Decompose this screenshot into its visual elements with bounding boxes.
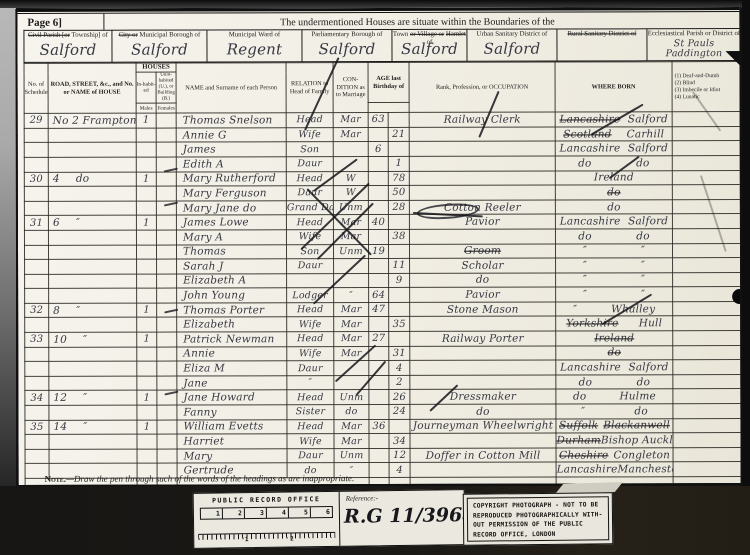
cell-age-male	[369, 317, 389, 332]
cell-relation: ″	[287, 375, 334, 390]
cell-road	[49, 361, 137, 376]
cell-age-female: 9	[389, 273, 410, 288]
cell-uninhabited	[157, 434, 177, 449]
col-inhabited: In-habit-ed	[136, 72, 156, 103]
cell-name: Jane	[177, 376, 287, 391]
cell-road	[49, 274, 137, 289]
col-condition: CON-DITION as to Marriage	[333, 63, 368, 113]
census-table: No. of Schedule ROAD, STREET, &c., and N…	[24, 61, 743, 487]
pro-office-label: PUBLIC RECORD OFFICE	[194, 495, 339, 505]
cell-occupation: Groom	[410, 244, 556, 259]
header-boxes: Civil Parish [or Township] ofSalfordCity…	[23, 28, 741, 63]
cell-age-female: 4	[389, 463, 410, 478]
cell-road: 10 ″	[49, 332, 137, 347]
cell-inhabited	[137, 376, 157, 391]
header-box-label: Parliamentary Borough of	[302, 30, 391, 40]
cell-disability	[673, 243, 743, 258]
cell-condition: ″	[334, 288, 369, 303]
cell-where-born: do	[555, 185, 672, 200]
cell-disability	[673, 258, 743, 273]
cell-occupation	[409, 229, 555, 244]
cell-schedule: 30	[24, 172, 48, 187]
cell-age-female: 31	[389, 346, 410, 361]
cell-age-male	[369, 273, 389, 288]
cell-road	[49, 449, 137, 464]
cell-age-female: 28	[388, 200, 409, 215]
cell-age-female	[388, 215, 409, 230]
cell-relation: Wife	[287, 434, 334, 449]
cell-road	[48, 230, 136, 245]
title-row: Page 6] The undermentioned Houses are si…	[17, 12, 739, 30]
col-uninhabited: Unin-habited (U.), or Building (B.)	[156, 72, 176, 103]
cell-age-male: 40	[368, 215, 388, 230]
reference-number: R.G 11/3968.	[344, 504, 482, 528]
page-box-divider	[103, 14, 104, 30]
cell-age-female	[389, 419, 410, 434]
cell-age-female: 1	[388, 156, 409, 171]
cell-occupation	[410, 346, 556, 361]
cell-road	[49, 376, 137, 391]
ruler-label: 2	[290, 535, 294, 542]
col-born: WHERE BORN	[555, 62, 672, 112]
header-box: Civil Parish [or Township] ofSalford	[23, 30, 111, 63]
cell-age-female: 35	[389, 317, 410, 332]
cell-inhabited	[136, 157, 156, 172]
cell-age-male: 64	[369, 288, 389, 303]
pro-scale-section: PUBLIC RECORD OFFICE 123456 1 2	[194, 492, 341, 548]
cell-road	[48, 157, 136, 172]
cell-road	[48, 128, 136, 143]
form-title: The undermentioned Houses are situate wi…	[137, 16, 697, 28]
cell-relation: Head	[287, 390, 334, 405]
col-females: Females	[156, 103, 176, 113]
cell-inhabited	[136, 142, 156, 157]
cell-age-male	[368, 186, 388, 201]
header-box: Parliamentary Borough ofSalford	[301, 29, 391, 62]
header-box: Municipal Ward ofRegent	[206, 29, 301, 62]
cell-occupation	[410, 317, 556, 332]
cell-condition: Unm	[334, 448, 369, 463]
cell-name: Mary Ferguson	[176, 186, 286, 201]
cell-where-born: LancashireManchester	[556, 462, 673, 477]
header-box-label: Civil Parish [or Township] of	[24, 31, 111, 41]
cell-condition: Unm	[334, 390, 369, 405]
cell-age-female	[389, 331, 410, 346]
cell-age-male: 63	[368, 113, 388, 128]
cell-uninhabited	[157, 405, 177, 420]
cell-occupation	[409, 185, 555, 200]
cell-relation: Daur	[287, 361, 334, 376]
cell-inhabited: 1	[137, 332, 157, 347]
cell-age-female: 4	[389, 361, 410, 376]
cell-name: William Evetts	[177, 419, 287, 434]
header-box-value: Salford	[112, 40, 206, 58]
cell-inhabited	[137, 318, 157, 333]
disability-line: (4) Lunatic	[675, 94, 742, 101]
cell-uninhabited	[157, 420, 177, 435]
cell-disability	[673, 389, 743, 404]
cell-disability	[673, 360, 743, 375]
cell-where-born: dodo	[556, 375, 673, 390]
cell-name: Elizabeth	[177, 317, 287, 332]
cell-age-male: 19	[369, 244, 389, 259]
cell-age-female	[389, 302, 410, 317]
cell-schedule: 29	[24, 114, 48, 129]
cell-age-male	[369, 390, 389, 405]
cell-uninhabited	[157, 361, 177, 376]
header-box: Rural Sanitary District of	[556, 28, 646, 61]
col-relation: RELATION to Head of Family	[286, 63, 333, 113]
cell-condition	[333, 142, 368, 157]
cell-schedule	[24, 143, 48, 158]
cell-where-born: dodo	[555, 156, 672, 171]
cell-road	[48, 201, 136, 216]
cell-occupation: Doffer in Cotton Mill	[410, 448, 556, 463]
cell-age-female: 26	[389, 390, 410, 405]
cell-disability	[673, 447, 743, 462]
col-schedule: No. of Schedule	[24, 63, 48, 113]
cell-occupation: Pavior	[410, 287, 556, 302]
cell-disability	[672, 141, 742, 156]
cell-name: Patrick Newman	[177, 332, 287, 347]
cell-relation: Head	[287, 302, 334, 317]
cell-schedule	[24, 230, 48, 245]
cell-schedule	[25, 289, 49, 304]
cell-inhabited: 1	[136, 215, 156, 230]
cell-occupation: Dressmaker	[410, 389, 556, 404]
cell-relation: Wife	[287, 346, 334, 361]
cell-condition: Mar	[333, 113, 368, 128]
cell-uninhabited	[156, 172, 176, 187]
cell-relation	[287, 273, 334, 288]
cell-where-born: ″″	[556, 287, 673, 302]
cell-inhabited	[137, 288, 157, 303]
cell-where-born: do	[555, 199, 672, 214]
col-males: Males	[136, 103, 156, 113]
cell-where-born: ″″	[556, 243, 673, 258]
cell-age-male	[369, 405, 389, 420]
scale-number: 4	[267, 508, 289, 518]
cell-road	[49, 405, 137, 420]
cell-occupation	[410, 462, 556, 477]
cell-where-born: CheshireCongleton	[556, 448, 673, 463]
cell-name: Fanny	[177, 405, 287, 420]
cell-condition: Mar	[334, 317, 369, 332]
cell-relation: Wife	[287, 317, 334, 332]
cell-relation: Daur	[287, 448, 334, 463]
scale-number: 6	[311, 507, 332, 517]
cell-where-born: YorkshireHull	[556, 316, 673, 331]
cell-relation: Sister	[287, 405, 334, 420]
cell-inhabited	[136, 128, 156, 143]
cell-uninhabited	[157, 449, 177, 464]
cell-relation: Head	[287, 419, 334, 434]
photo-bottom-strip: PUBLIC RECORD OFFICE 123456 1 2 Referenc…	[0, 486, 750, 555]
cell-schedule: 31	[24, 216, 48, 231]
cell-age-female: 11	[389, 259, 410, 274]
cell-disability	[672, 199, 742, 214]
cell-disability	[673, 272, 743, 287]
cell-occupation	[409, 171, 555, 186]
cell-name: Mary Jane do	[176, 200, 286, 215]
cell-name: John Young	[177, 288, 287, 303]
cell-uninhabited	[157, 317, 177, 332]
col-name: NAME and Surname of each Person	[176, 63, 286, 113]
cell-road: 4 do	[48, 172, 136, 187]
cell-occupation: do	[410, 273, 556, 288]
photo-margin-right	[742, 0, 750, 486]
cell-age-male	[369, 463, 389, 478]
cell-where-born: ″″	[556, 272, 673, 287]
cell-name: Mary	[177, 449, 287, 464]
cell-condition: Mar	[334, 434, 369, 449]
cell-road: 14 ″	[49, 420, 137, 435]
cell-relation: Daur	[286, 157, 333, 172]
cell-condition: Mar	[333, 127, 368, 142]
cell-occupation	[410, 360, 556, 375]
cell-schedule	[25, 376, 49, 391]
cell-where-born: LancashireSalford	[555, 141, 672, 156]
col-disability: (1) Deaf-and-Dumb (2) Blind (3) Imbecile…	[672, 62, 742, 112]
cell-disability	[672, 170, 742, 185]
cell-inhabited	[136, 201, 156, 216]
col-houses: HOUSES	[136, 63, 176, 72]
header-box: Town or Village or Hamlet ofSalford	[391, 29, 466, 62]
cell-age-female: 2	[389, 375, 410, 390]
cell-uninhabited	[157, 274, 177, 289]
cell-where-born: LancashireSalford	[556, 360, 673, 375]
header-box: City or Municipal Borough ofSalford	[111, 29, 206, 62]
cell-age-male	[368, 127, 388, 142]
cell-inhabited: 1	[136, 113, 156, 128]
cell-occupation	[410, 433, 556, 448]
cell-condition: Mar	[334, 332, 369, 347]
scale-number: 1	[201, 508, 223, 518]
cell-condition: Mar	[334, 302, 369, 317]
cell-uninhabited	[156, 215, 176, 230]
cell-age-male: 36	[369, 419, 389, 434]
cell-age-male	[368, 229, 388, 244]
header-box: Urban Sanitary District ofSalford	[466, 29, 556, 62]
cell-age-female: 38	[388, 229, 409, 244]
header-box-label: Municipal Ward of	[207, 30, 301, 40]
cell-road	[49, 318, 137, 333]
cell-where-born: Ireland	[556, 331, 673, 346]
scale-number-row: 123456	[200, 506, 333, 520]
cell-name: Eliza M	[177, 361, 287, 376]
cell-name: Harriet	[177, 434, 287, 449]
scale-number: 3	[245, 508, 267, 518]
header-box-label: City or Municipal Borough of	[112, 30, 206, 40]
cell-schedule	[25, 435, 49, 450]
cell-inhabited: 1	[137, 420, 157, 435]
cell-where-born: LancashireSalford	[555, 214, 672, 229]
cell-road	[49, 347, 137, 362]
header-box-value: Regent	[207, 40, 301, 58]
cell-age-male: 47	[369, 302, 389, 317]
cell-where-born: doHulme	[556, 389, 673, 404]
cell-relation: Son	[286, 142, 333, 157]
copyright-line: RECORD OFFICE, LONDON	[473, 529, 608, 540]
cell-uninhabited	[156, 245, 176, 260]
cell-where-born: ″do	[556, 404, 673, 419]
cell-disability	[672, 155, 742, 170]
col-occupation: Rank, Profession, or OCCUPATION	[409, 62, 555, 113]
ink-blot	[732, 289, 743, 304]
cell-disability	[672, 126, 742, 141]
cell-inhabited: 1	[137, 391, 157, 406]
cell-disability	[673, 462, 743, 477]
cell-uninhabited	[157, 376, 177, 391]
cell-schedule	[25, 347, 49, 362]
header-box-value: Salford	[467, 40, 556, 58]
cell-relation: Head	[287, 332, 334, 347]
cell-road	[48, 142, 136, 157]
cell-where-born: do	[556, 345, 673, 360]
cell-occupation	[409, 156, 555, 171]
cell-age-female: 50	[388, 186, 409, 201]
cell-uninhabited	[157, 288, 177, 303]
cell-uninhabited	[156, 186, 176, 201]
table-body: 29No 2 Frampton St1Thomas SnelsonHeadMar…	[24, 112, 742, 479]
cell-inhabited	[137, 449, 157, 464]
cell-where-born: dodo	[555, 229, 672, 244]
cell-age-female	[389, 288, 410, 303]
cell-name: Mary Rutherford	[176, 171, 286, 186]
cell-age-female	[389, 244, 410, 259]
note-text: —Draw the pen through such of the words …	[66, 473, 354, 484]
header-box-label: Rural Sanitary District of	[557, 29, 646, 39]
cell-uninhabited	[156, 142, 176, 157]
cell-where-born: DurhamBishop Auckland	[556, 433, 673, 448]
cell-disability	[673, 374, 743, 389]
cell-schedule	[24, 157, 48, 172]
cell-uninhabited	[157, 347, 177, 362]
cell-where-born: ScotlandCarhill	[555, 126, 672, 141]
cell-name: Thomas Porter	[177, 303, 287, 318]
copyright-text: COPYRIGHT PHOTOGRAPH - NOT TO BE REPRODU…	[467, 496, 609, 541]
cell-occupation: Railway Porter	[410, 331, 556, 346]
cell-inhabited	[137, 259, 157, 274]
cell-road	[48, 245, 136, 260]
cell-road: 12 ″	[49, 391, 137, 406]
cell-inhabited: 1	[136, 172, 156, 187]
cell-uninhabited	[156, 230, 176, 245]
cell-age-female: 34	[389, 434, 410, 449]
cell-disability	[673, 331, 743, 346]
cell-schedule	[25, 405, 49, 420]
cell-road	[49, 434, 137, 449]
cell-disability	[673, 418, 743, 433]
cell-name: Jane Howard	[177, 390, 287, 405]
cell-age-male	[369, 434, 389, 449]
cell-age-female	[388, 113, 409, 128]
header-box-value: Salford	[392, 40, 466, 58]
cell-disability	[673, 345, 743, 360]
cell-uninhabited	[156, 113, 176, 128]
cell-disability	[673, 433, 743, 448]
cell-inhabited	[136, 230, 156, 245]
cell-schedule	[25, 259, 49, 274]
cell-schedule	[25, 274, 49, 289]
cell-uninhabited	[157, 259, 177, 274]
cell-occupation: Stone Mason	[410, 302, 556, 317]
cell-condition: Mar	[334, 419, 369, 434]
pro-stamp-plate: PUBLIC RECORD OFFICE 123456 1 2 Referenc…	[193, 489, 466, 549]
cell-schedule: 32	[25, 303, 49, 318]
header-box-value: Salford	[24, 41, 111, 59]
cell-name: Annie G	[176, 127, 286, 142]
cell-inhabited	[137, 347, 157, 362]
cell-age-female: 78	[388, 171, 409, 186]
photo-margin-left	[0, 0, 16, 486]
cell-inhabited	[137, 361, 157, 376]
cell-disability	[673, 404, 743, 419]
cell-condition: do	[334, 405, 369, 420]
cell-inhabited: 1	[137, 303, 157, 318]
cell-schedule	[25, 362, 49, 377]
cell-occupation	[410, 375, 556, 390]
table-header: No. of Schedule ROAD, STREET, &c., and N…	[24, 62, 742, 114]
cell-road	[49, 259, 137, 274]
cell-age-male	[369, 259, 389, 274]
cell-schedule	[24, 186, 48, 201]
reference-label: Reference:-	[346, 494, 378, 502]
ruler-label: 1	[245, 536, 249, 543]
cell-age-male: 27	[369, 332, 389, 347]
cell-where-born: SuffolkBlackanwell	[556, 418, 673, 433]
cell-name: Thomas Snelson	[176, 113, 286, 128]
cell-road	[48, 186, 136, 201]
cell-name: James Lowe	[176, 215, 286, 230]
cell-age-female: 12	[389, 448, 410, 463]
cell-occupation: Journeyman Wheelwright	[410, 419, 556, 434]
cell-disability	[672, 228, 742, 243]
cell-inhabited	[137, 274, 157, 289]
cell-inhabited	[137, 434, 157, 449]
cell-uninhabited	[156, 128, 176, 143]
cell-road: 8 ″	[49, 303, 137, 318]
cell-name: Edith A	[176, 157, 286, 172]
cell-occupation	[409, 141, 555, 156]
cell-schedule	[25, 449, 49, 464]
cell-uninhabited	[157, 332, 177, 347]
scale-number: 5	[289, 507, 311, 517]
cell-disability	[672, 214, 742, 229]
cell-schedule	[24, 128, 48, 143]
cell-age-male	[368, 156, 388, 171]
cell-disability	[673, 301, 743, 316]
cell-relation: Wife	[286, 127, 333, 142]
note-word: Note.	[45, 474, 66, 484]
cell-name: Thomas	[177, 244, 287, 259]
cell-name: Sarah J	[177, 259, 287, 274]
cell-schedule: 35	[25, 420, 49, 435]
cell-age-female	[388, 142, 409, 157]
cell-inhabited	[136, 186, 156, 201]
cell-relation: Head	[286, 171, 333, 186]
cell-age-male: 6	[368, 142, 388, 157]
photo-defect	[725, 51, 741, 67]
header-box-label: Urban Sanitary District of	[467, 30, 556, 40]
cell-schedule: 33	[25, 332, 49, 347]
cell-age-female: 21	[388, 127, 409, 142]
cell-road	[49, 288, 137, 303]
cell-inhabited	[137, 405, 157, 420]
reference-section: Reference:- R.G 11/3968.	[340, 490, 465, 546]
cell-road: No 2 Frampton St	[48, 113, 136, 128]
col-road: ROAD, STREET, &c., and No. or NAME of HO…	[48, 63, 136, 113]
